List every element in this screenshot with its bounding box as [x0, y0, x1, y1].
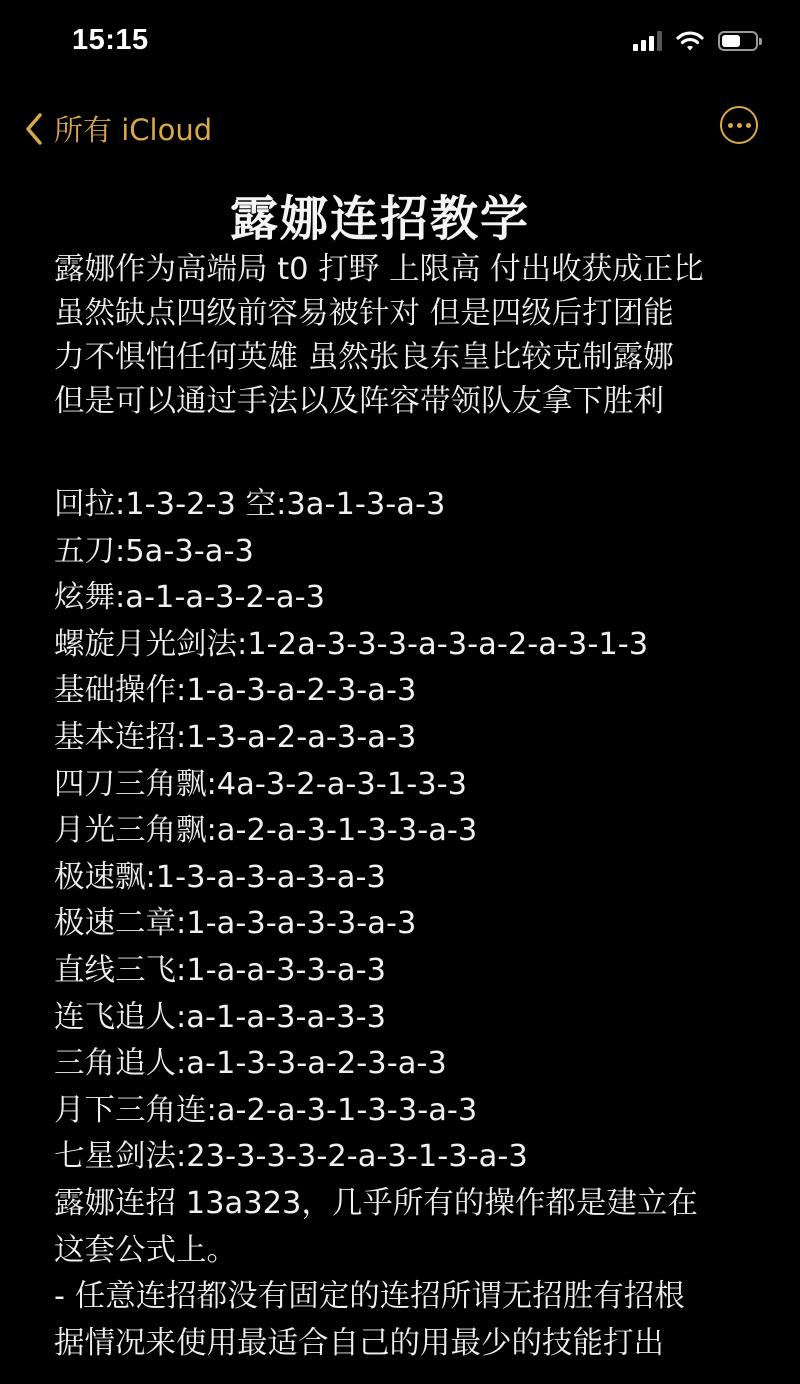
more-options-button[interactable] [720, 106, 758, 144]
combo-list: 回拉:1-3-2-3 空:3a-1-3-a-3 五刀:5a-3-a-3 炫舞:a… [54, 482, 754, 1181]
status-bar: 15:15 [0, 0, 800, 90]
cellular-signal-icon [633, 31, 662, 51]
note-title: 露娜连招教学 [0, 180, 760, 249]
outro-line: 露娜连招 13a323，几乎所有的操作都是建立在 [54, 1181, 754, 1228]
combo-item: 直线三飞:1-a-a-3-3-a-3 [54, 948, 754, 995]
chevron-left-icon [24, 112, 44, 146]
combo-item: 基本连招:1-3-a-2-a-3-a-3 [54, 715, 754, 762]
combo-item: 月光三角飘:a-2-a-3-1-3-3-a-3 [54, 808, 754, 855]
back-label: 所有 iCloud [54, 108, 212, 149]
intro-paragraph: 露娜作为高端局 t0 打野 上限高 付出收获成正比 虽然缺点四级前容易被针对 但… [54, 248, 754, 424]
combo-item: 连飞追人:a-1-a-3-a-3-3 [54, 995, 754, 1042]
ellipsis-dot [746, 123, 751, 128]
combo-item: 极速飘:1-3-a-3-a-3-a-3 [54, 855, 754, 902]
back-button[interactable]: 所有 iCloud [24, 108, 212, 149]
intro-line: 但是可以通过手法以及阵容带领队友拿下胜利 [54, 380, 754, 424]
wifi-icon [676, 30, 704, 52]
combo-item: 回拉:1-3-2-3 空:3a-1-3-a-3 [54, 482, 754, 529]
combo-item: 炫舞:a-1-a-3-2-a-3 [54, 575, 754, 622]
combo-item: 月下三角连:a-2-a-3-1-3-3-a-3 [54, 1088, 754, 1135]
ellipsis-dot [737, 123, 742, 128]
combo-item: 螺旋月光剑法:1-2a-3-3-3-a-3-a-2-a-3-1-3 [54, 622, 754, 669]
status-icons [633, 30, 758, 52]
intro-line: 露娜作为高端局 t0 打野 上限高 付出收获成正比 [54, 248, 754, 292]
nav-bar: 所有 iCloud [0, 100, 800, 156]
combo-item: 七星剑法:23-3-3-3-2-a-3-1-3-a-3 [54, 1134, 754, 1181]
blank-line [54, 424, 754, 482]
intro-line: 力不惧怕任何英雄 虽然张良东皇比较克制露娜 [54, 336, 754, 380]
status-time: 15:15 [72, 24, 149, 57]
combo-item: 基础操作:1-a-3-a-2-3-a-3 [54, 668, 754, 715]
outro-line: 这套公式上。 [54, 1228, 754, 1275]
intro-line: 虽然缺点四级前容易被针对 但是四级后打团能 [54, 292, 754, 336]
combo-item: 三角追人:a-1-3-3-a-2-3-a-3 [54, 1041, 754, 1088]
combo-item: 极速二章:1-a-3-a-3-3-a-3 [54, 901, 754, 948]
note-body[interactable]: 露娜作为高端局 t0 打野 上限高 付出收获成正比 虽然缺点四级前容易被针对 但… [54, 248, 754, 1367]
battery-icon [718, 31, 758, 51]
outro-paragraph: 露娜连招 13a323，几乎所有的操作都是建立在 这套公式上。 - 任意连招都没… [54, 1181, 754, 1367]
outro-line: - 任意连招都没有固定的连招所谓无招胜有招根 [54, 1274, 754, 1321]
combo-item: 五刀:5a-3-a-3 [54, 529, 754, 576]
ellipsis-icon [728, 123, 733, 128]
outro-line: 据情况来使用最适合自己的用最少的技能打出 [54, 1321, 754, 1368]
combo-item: 四刀三角飘:4a-3-2-a-3-1-3-3 [54, 762, 754, 809]
